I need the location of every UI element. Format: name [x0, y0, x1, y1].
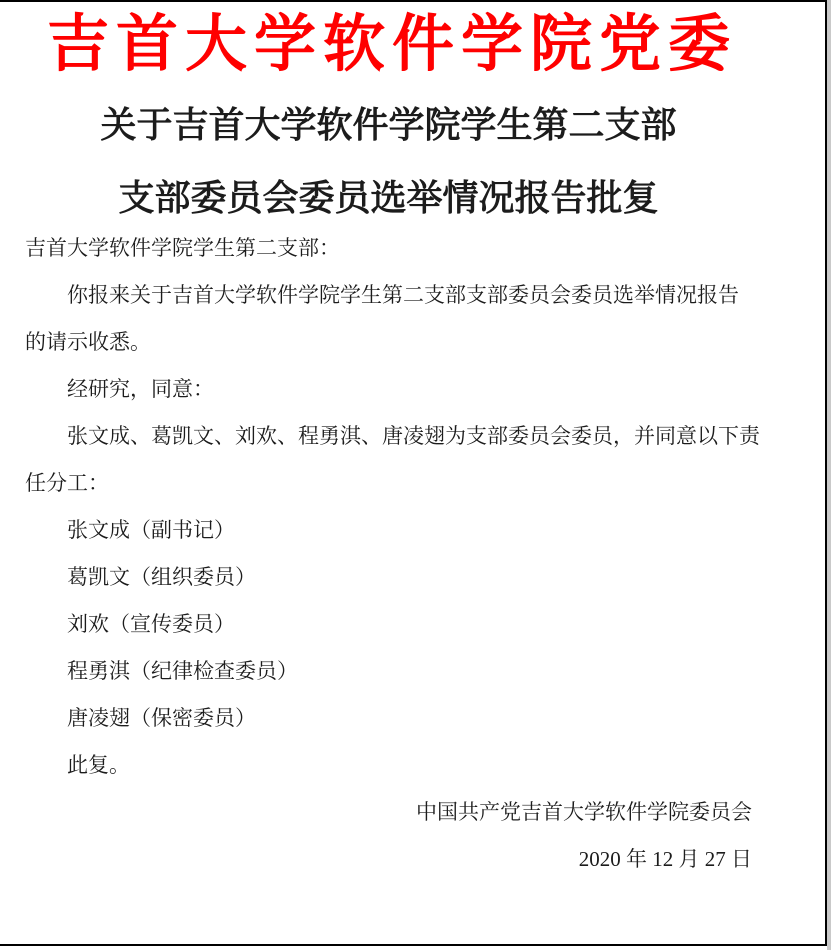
- signature-line: 中国共产党吉首大学软件学院委员会: [25, 789, 752, 836]
- date-line: 2020 年 12 月 27 日: [25, 836, 752, 883]
- document-title-line1: 关于吉首大学软件学院学生第二支部: [25, 103, 752, 147]
- letterhead-title: 吉首大学软件学院党委: [25, 2, 752, 82]
- assignment-line-organization-member: 葛凯文（组织委员）: [25, 554, 752, 601]
- assignment-line-deputy-secretary: 张文成（副书记）: [25, 507, 752, 554]
- assignment-line-discipline-member: 程勇淇（纪律检查委员）: [25, 648, 752, 695]
- document-title-line2: 支部委员会委员选举情况报告批复: [25, 176, 752, 220]
- members-paragraph-line2: 任分工：: [25, 460, 752, 507]
- salutation-line: 吉首大学软件学院学生第二支部：: [25, 225, 752, 272]
- decision-line: 经研究，同意：: [25, 366, 752, 413]
- document-viewport: 吉首大学软件学院党委 关于吉首大学软件学院学生第二支部 支部委员会委员选举情况报…: [0, 0, 831, 950]
- report-paragraph-line1: 你报来关于吉首大学软件学院学生第二支部支部委员会委员选举情况报告: [25, 272, 752, 319]
- assignment-line-publicity-member: 刘欢（宣传委员）: [25, 601, 752, 648]
- members-paragraph-line1: 张文成、葛凯文、刘欢、程勇淇、唐凌翅为支部委员会委员，并同意以下责: [25, 413, 752, 460]
- document-page: 吉首大学软件学院党委 关于吉首大学软件学院学生第二支部 支部委员会委员选举情况报…: [0, 0, 827, 946]
- report-paragraph-line2: 的请示收悉。: [25, 319, 752, 366]
- page-edge-shadow: [827, 0, 831, 950]
- document-body: 吉首大学软件学院学生第二支部： 你报来关于吉首大学软件学院学生第二支部支部委员会…: [25, 225, 752, 883]
- closing-line: 此复。: [25, 742, 752, 789]
- document-content: 吉首大学软件学院党委 关于吉首大学软件学院学生第二支部 支部委员会委员选举情况报…: [25, 2, 752, 883]
- assignment-line-confidentiality-member: 唐凌翅（保密委员）: [25, 695, 752, 742]
